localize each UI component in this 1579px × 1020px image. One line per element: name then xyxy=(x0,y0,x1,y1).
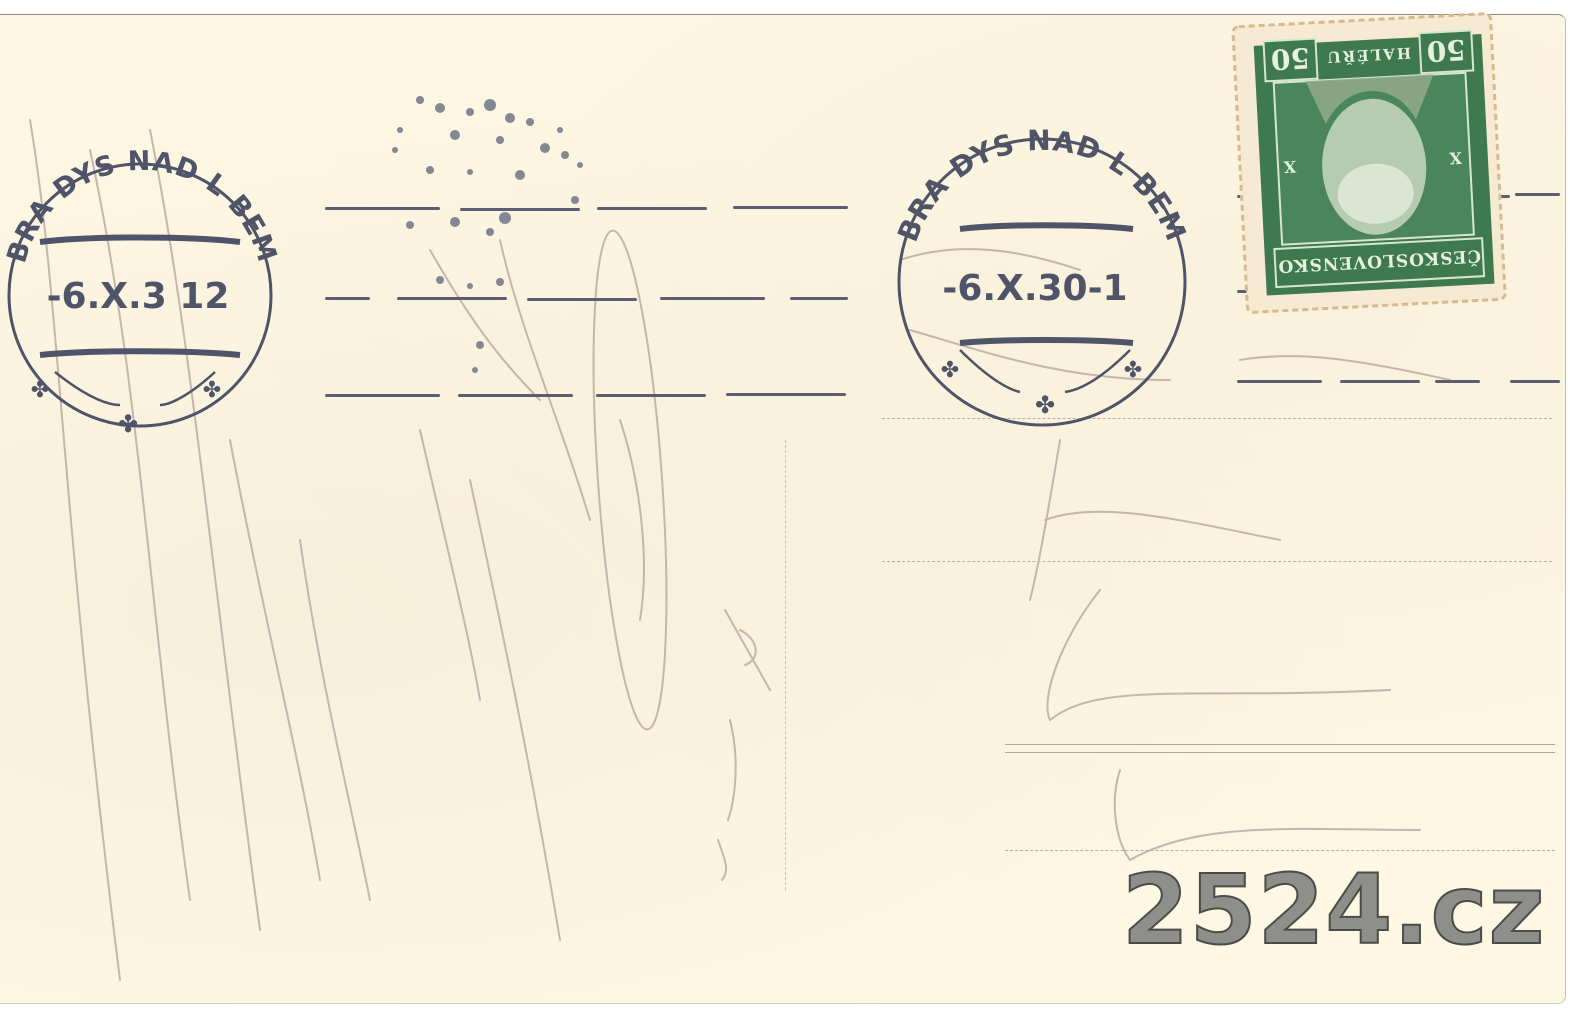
postmark-right-date: -6.X.30-1 xyxy=(942,268,1127,309)
postage-stamp: ČESKOSLOVENSKO X X 50 50 HALÉŘU xyxy=(1231,11,1508,314)
svg-text:X: X xyxy=(1283,157,1297,177)
svg-text:50: 50 xyxy=(1270,41,1311,76)
svg-text:X: X xyxy=(1448,148,1462,168)
watermark-site-logo: 2524.cz xyxy=(1122,862,1545,958)
svg-text:✤: ✤ xyxy=(941,358,959,383)
svg-text:✤: ✤ xyxy=(1035,391,1055,419)
svg-text:✤: ✤ xyxy=(1124,358,1142,383)
svg-text:50: 50 xyxy=(1426,33,1467,68)
